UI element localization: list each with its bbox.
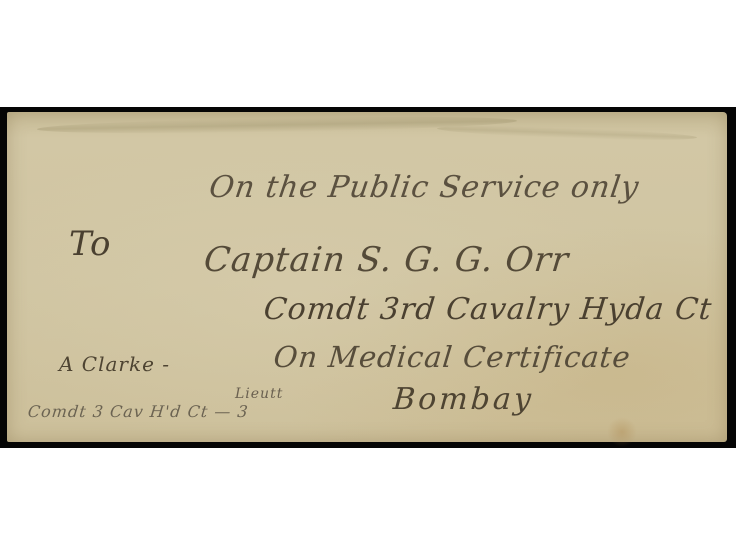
paper-fold [37,114,517,136]
addressee: Captain S. G. G. Orr [202,240,571,280]
title-line: Comdt 3rd Cavalry Hyda Ct [262,292,714,327]
paper-fold [437,123,697,142]
destination: Bombay [392,382,535,417]
margin-lieut: Lieutt [235,386,283,402]
note-line: On Medical Certificate [272,340,632,374]
paper-stain [607,417,637,447]
sender-note: A Clarke - [59,352,170,376]
salutation: To [69,224,112,264]
header-line: On the Public Service only [207,170,641,205]
margin-note: Comdt 3 Cav H'd Ct — 3 [27,402,250,421]
envelope: On the Public Service only To Captain S.… [7,112,727,442]
